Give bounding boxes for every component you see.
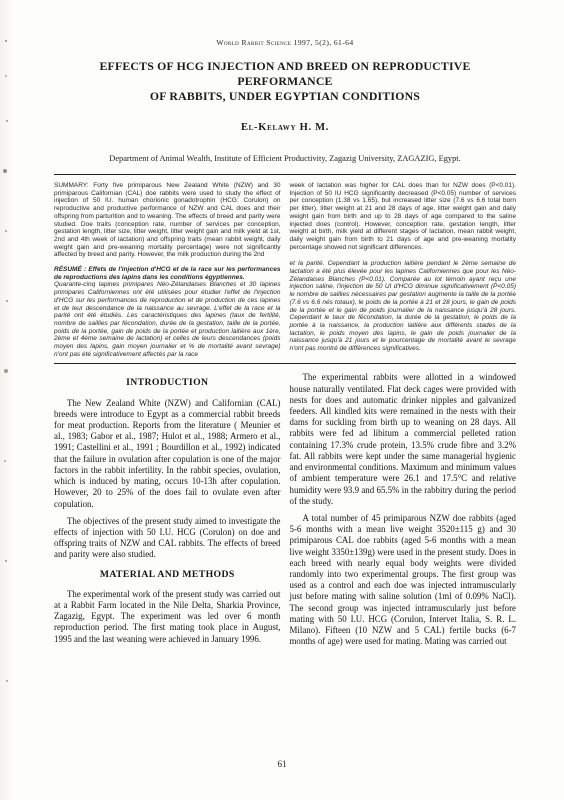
section-heading-introduction: INTRODUCTION (54, 377, 281, 388)
introduction-paragraph-1: The New Zealand White (NZW) and Californ… (54, 398, 281, 510)
resume-text-right: et la parité. Cependant la production la… (290, 260, 517, 352)
introduction-paragraph-2: The objectives of the present study aime… (54, 516, 281, 561)
journal-header: World Rabbit Science 1997, 5(2), 61-64 (54, 38, 516, 47)
affiliation: Department of Animal Wealth, Institute o… (54, 154, 516, 163)
resume-heading: RÉSUMÉ : Effets de l'injection d'HCG et … (54, 266, 281, 281)
scan-noise-left-edge (2, 0, 10, 800)
paper-title-line1: EFFECTS OF HCG INJECTION AND BREED ON RE… (99, 59, 470, 88)
article-body: INTRODUCTION The New Zealand White (NZW)… (54, 372, 516, 722)
methods-paragraph-3: A total number of 45 primiparous NZW doe… (290, 513, 517, 647)
page-number: 61 (0, 759, 564, 769)
author-name: El-Kelawy H. M. (54, 122, 516, 133)
paper-title: EFFECTS OF HCG INJECTION AND BREED ON RE… (54, 59, 516, 104)
paper-title-line2: OF RABBITS, UNDER EGYPTIAN CONDITIONS (150, 89, 420, 103)
resume-text-left: Quarante-cinq lapines primipares Néo-Zél… (54, 281, 281, 358)
paper-page: World Rabbit Science 1997, 5(2), 61-64 E… (0, 0, 564, 800)
divider-under-affiliation (54, 174, 516, 175)
body-column-right: The experimental rabbits were allotted i… (290, 372, 517, 722)
divider-under-abstract (54, 363, 516, 364)
body-column-left: INTRODUCTION The New Zealand White (NZW)… (54, 372, 281, 722)
abstract-column-right: week of lactation was higher for CAL doe… (290, 182, 517, 358)
section-heading-methods: MATERIAL AND METHODS (54, 569, 281, 580)
abstract-column-left: SUMMARY: Forty five primiparous New Zeal… (54, 182, 281, 358)
methods-paragraph-1: The experimental work of the present stu… (54, 589, 281, 645)
methods-paragraph-2: The experimental rabbits were allotted i… (290, 372, 517, 506)
summary-text-left: SUMMARY: Forty five primiparous New Zeal… (54, 182, 281, 259)
abstract-section: SUMMARY: Forty five primiparous New Zeal… (54, 182, 516, 358)
summary-text-right: week of lactation was higher for CAL doe… (290, 182, 517, 251)
